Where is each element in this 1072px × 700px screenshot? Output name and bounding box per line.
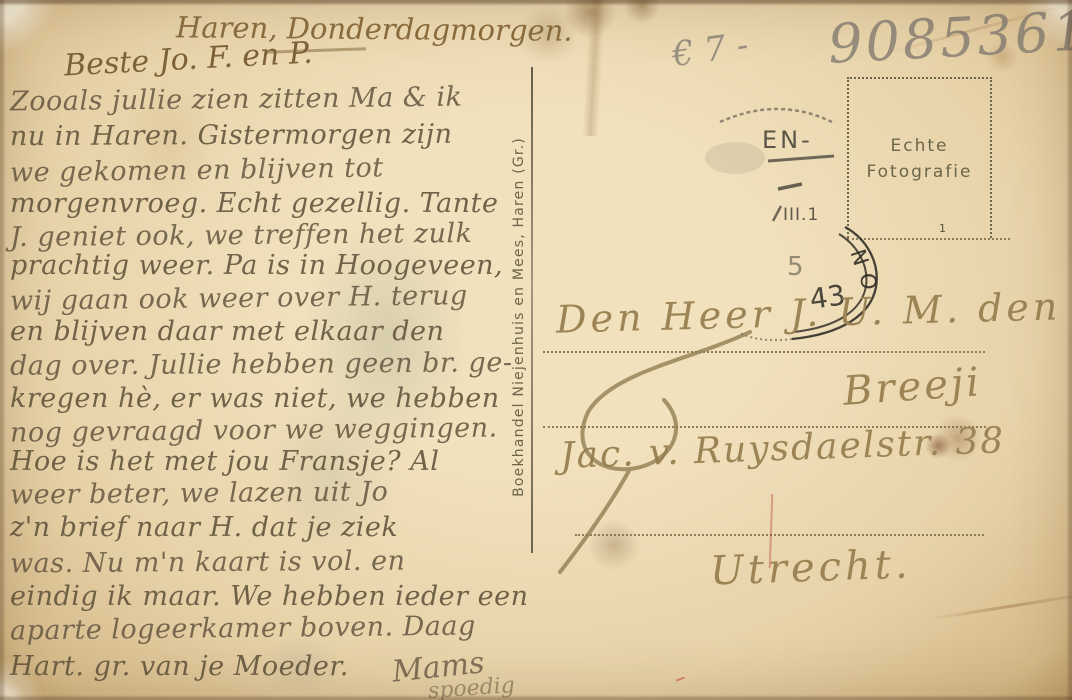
message-line: aparte logeerkamer boven. Daag: [10, 611, 476, 647]
stamp-box-mark: 1: [939, 222, 946, 235]
message-salutation: Beste Jo. F. en P.: [63, 36, 313, 84]
message-line: z'n brief naar H. dat je ziek: [10, 512, 398, 543]
crease-bottom-right: [935, 593, 1072, 619]
message-line: kregen hè, er was niet, we hebben: [10, 383, 500, 414]
postmark-town-text: EN-: [762, 126, 813, 154]
postmark-top-arc: [720, 109, 832, 122]
message-line: weer beter, we lazen uit Jo: [10, 476, 389, 510]
message-line: Hart. gr. van je Moeder.: [10, 651, 349, 682]
message-line: we gekomen en blijven tot: [10, 152, 384, 188]
postmark-bar: [768, 156, 834, 161]
message-line: Hoe is het met jou Fransje? Al: [10, 446, 439, 477]
postmark-ring-letter: N: [846, 246, 874, 268]
pencil-inventory-number: 9085361: [827, 0, 1072, 76]
pencil-price-mark: € 7 -: [670, 25, 751, 75]
message-line: dag over. Jullie hebben geen br. ge-: [10, 347, 513, 382]
postmark-ring-letter: O: [856, 273, 881, 290]
message-line: wij gaan ook weer over H. terug: [10, 280, 468, 317]
message-line: prachtig weer. Pa is in Hoogeveen,: [10, 250, 503, 281]
address-line-2: Breeji: [842, 359, 984, 415]
postcard-back: Boekhandel Niejenhuis en Mees, Haren (Gr…: [0, 0, 1072, 700]
message-line: eindig ik maar. We hebben ieder een: [10, 581, 528, 612]
postmark-slash: [773, 206, 781, 221]
red-pencil-tick: [676, 677, 685, 682]
message-line: nu in Haren. Gistermorgen zijn: [10, 119, 453, 152]
publisher-imprint: Boekhandel Niejenhuis en Mees, Haren (Gr…: [511, 110, 527, 524]
message-line: nog gevraagd voor we weggingen.: [10, 412, 498, 448]
message-line: J. geniet ook, we treffen het zulk: [10, 218, 473, 253]
postmark-dash: [778, 184, 802, 189]
postmark-date-text: III.1: [783, 205, 819, 225]
message-line: morgenvroeg. Echt gezellig. Tante: [10, 188, 498, 219]
crease-top-center: [582, 0, 605, 136]
postmark-smudge: [705, 142, 765, 174]
postmark-hour-text: 5: [787, 252, 804, 282]
message-line: Zooals jullie zien zitten Ma & ik: [10, 82, 463, 118]
message-line: en blijven daar met elkaar den: [10, 316, 444, 347]
flourish-stroke: [560, 332, 750, 572]
initial-flourish: [530, 320, 810, 600]
message-line: was. Nu m'n kaart is vol. en: [10, 546, 406, 580]
